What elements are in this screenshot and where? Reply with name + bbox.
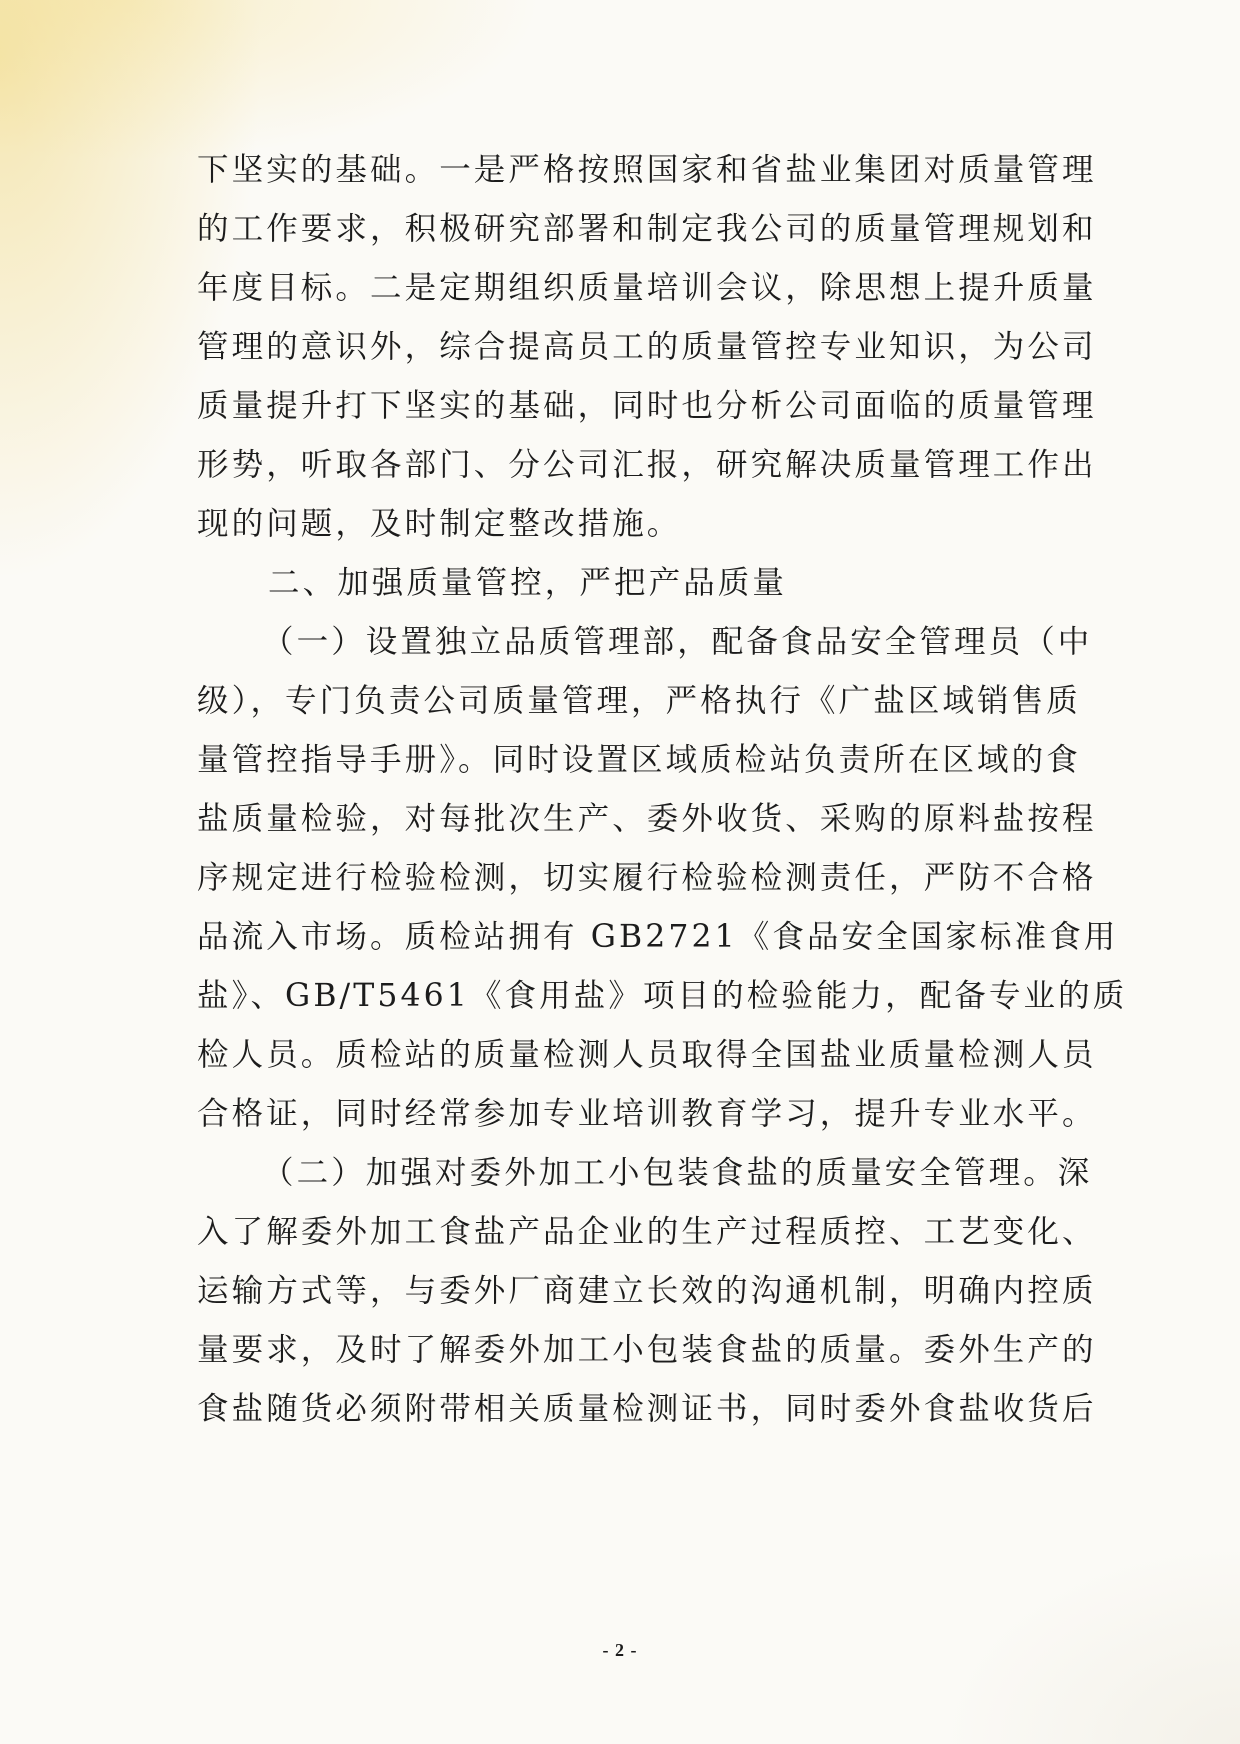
paragraph-line: 食盐随货必须附带相关质量检测证书，同时委外食盐收货后 [197, 1389, 1067, 1429]
paragraph-line: 盐》、GB/T5461《食用盐》项目的检验能力，配备专业的质 [197, 976, 1067, 1016]
paragraph-line: 检人员。质检站的质量检测人员取得全国盐业质量检测人员 [197, 1035, 1067, 1075]
paragraph-line: 管理的意识外，综合提高员工的质量管控专业知识，为公司 [197, 327, 1067, 367]
paragraph-line: 级），专门负责公司质量管理，严格执行《广盐区域销售质 [197, 681, 1067, 721]
paragraph-line: 运输方式等，与委外厂商建立长效的沟通机制，明确内控质 [197, 1271, 1067, 1311]
paragraph-line: 盐质量检验，对每批次生产、委外收货、采购的原料盐按程 [197, 799, 1067, 839]
paragraph-line: 量管控指导手册》。同时设置区域质检站负责所在区域的食 [197, 740, 1067, 780]
paragraph-line: 入了解委外加工食盐产品企业的生产过程质控、工艺变化、 [197, 1212, 1067, 1252]
paragraph-line: 质量提升打下坚实的基础，同时也分析公司面临的质量管理 [197, 386, 1067, 426]
paragraph-line: 年度目标。二是定期组织质量培训会议，除思想上提升质量 [197, 268, 1067, 308]
paragraph-line: 的工作要求，积极研究部署和制定我公司的质量管理规划和 [197, 209, 1067, 249]
paragraph-line: 下坚实的基础。一是严格按照国家和省盐业集团对质量管理 [197, 150, 1067, 190]
paragraph-line: （二）加强对委外加工小包装食盐的质量安全管理。深 [262, 1153, 1067, 1193]
paragraph-line: 合格证，同时经常参加专业培训教育学习，提升专业水平。 [197, 1094, 1067, 1134]
paragraph-line: （一）设置独立品质管理部，配备食品安全管理员（中 [262, 622, 1067, 662]
page-number: - 2 - [0, 1640, 1240, 1661]
paragraph-line: 品流入市场。质检站拥有 GB2721《食品安全国家标准食用 [197, 917, 1067, 957]
document-page: 下坚实的基础。一是严格按照国家和省盐业集团对质量管理 的工作要求，积极研究部署和… [0, 0, 1240, 1744]
paragraph-line: 序规定进行检验检测，切实履行检验检测责任，严防不合格 [197, 858, 1067, 898]
paragraph-line: 现的问题，及时制定整改措施。 [197, 504, 1067, 544]
section-heading: 二、加强质量管控，严把产品质量 [268, 563, 787, 603]
paragraph-line: 量要求，及时了解委外加工小包装食盐的质量。委外生产的 [197, 1330, 1067, 1370]
paragraph-line: 形势，听取各部门、分公司汇报，研究解决质量管理工作出 [197, 445, 1067, 485]
